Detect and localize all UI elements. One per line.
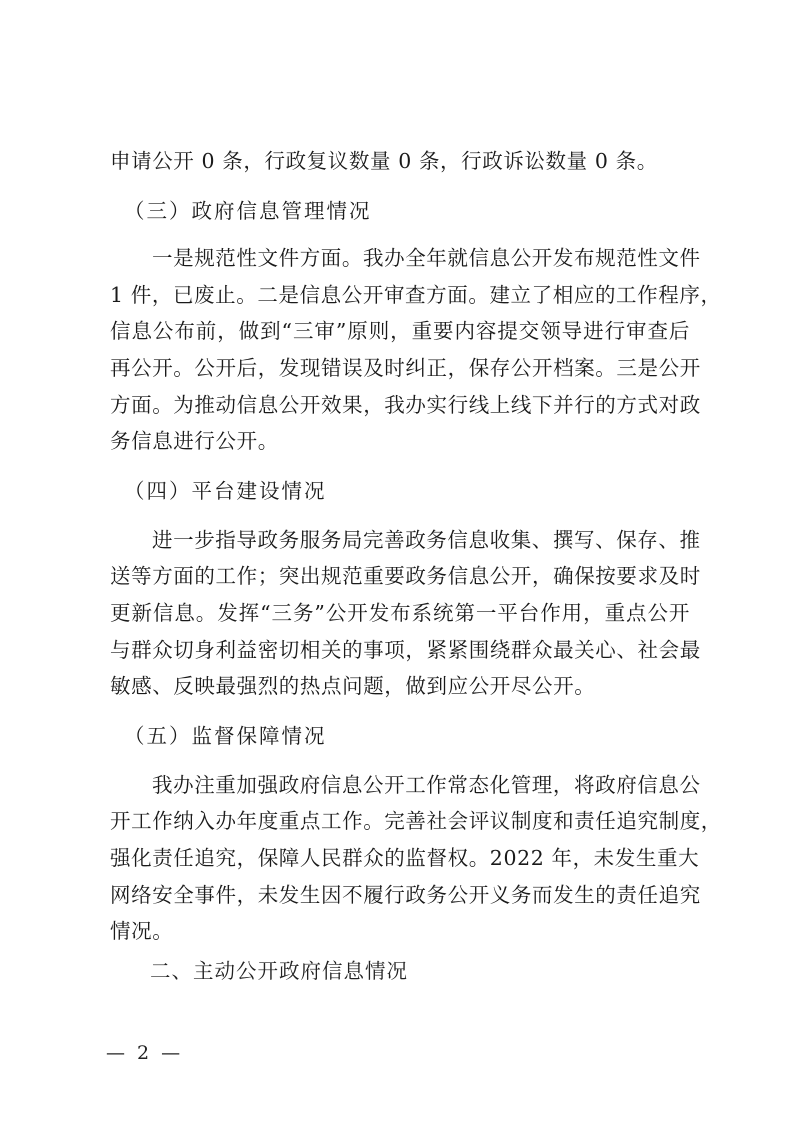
paragraph-line: 送等方面的工作；突出规范重要政务信息公开，确保按要求及时 xyxy=(110,563,690,589)
paragraph-line: 更新信息。发挥“三务”公开发布系统第一平台作用，重点公开 xyxy=(110,600,690,626)
document-page: 申请公开 0 条，行政复议数量 0 条，行政诉讼数量 0 条。 （三）政府信息管… xyxy=(0,0,793,1122)
paragraph-line: 方面。为推动信息公开效果，我办实行线上线下并行的方式对政 xyxy=(110,392,690,418)
paragraph-line: 情况。 xyxy=(110,918,690,944)
paragraph-line: 进一步指导政务服务局完善政务信息收集、撰写、保存、推 xyxy=(152,527,690,553)
paragraph-line: 申请公开 0 条，行政复议数量 0 条，行政诉讼数量 0 条。 xyxy=(110,148,690,174)
paragraph-line: 敏感、反映最强烈的热点问题，做到应公开尽公开。 xyxy=(110,673,690,699)
paragraph-line: 再公开。公开后，发现错误及时纠正，保存公开档案。三是公开 xyxy=(110,355,690,381)
paragraph-line: 与群众切身利益密切相关的事项，紧紧围绕群众最关心、社会最 xyxy=(110,637,690,663)
paragraph-line: 一是规范性文件方面。我办全年就信息公开发布规范性文件 xyxy=(152,245,690,271)
paragraph-line: 务信息进行公开。 xyxy=(110,428,690,454)
major-heading: 二、主动公开政府信息情况 xyxy=(150,958,408,984)
page-number: — 2 — xyxy=(106,1041,183,1065)
paragraph-line: 1 件，已废止。二是信息公开审查方面。建立了相应的工作程序， xyxy=(110,282,690,308)
section-heading-5: （五）监督保障情况 xyxy=(124,723,327,749)
section-heading-3: （三）政府信息管理情况 xyxy=(124,198,372,224)
paragraph-line: 信息公布前，做到“三审”原则，重要内容提交领导进行审查后 xyxy=(110,318,690,344)
paragraph-line: 开工作纳入办年度重点工作。完善社会评议制度和责任追究制度， xyxy=(110,808,690,834)
paragraph-line: 我办注重加强政府信息公开工作常态化管理，将政府信息公 xyxy=(152,772,690,798)
section-heading-4: （四）平台建设情况 xyxy=(124,478,327,504)
paragraph-line: 网络安全事件，未发生因不履行政务公开义务而发生的责任追究 xyxy=(110,882,690,908)
paragraph-line: 强化责任追究，保障人民群众的监督权。2022 年，未发生重大 xyxy=(110,845,690,871)
